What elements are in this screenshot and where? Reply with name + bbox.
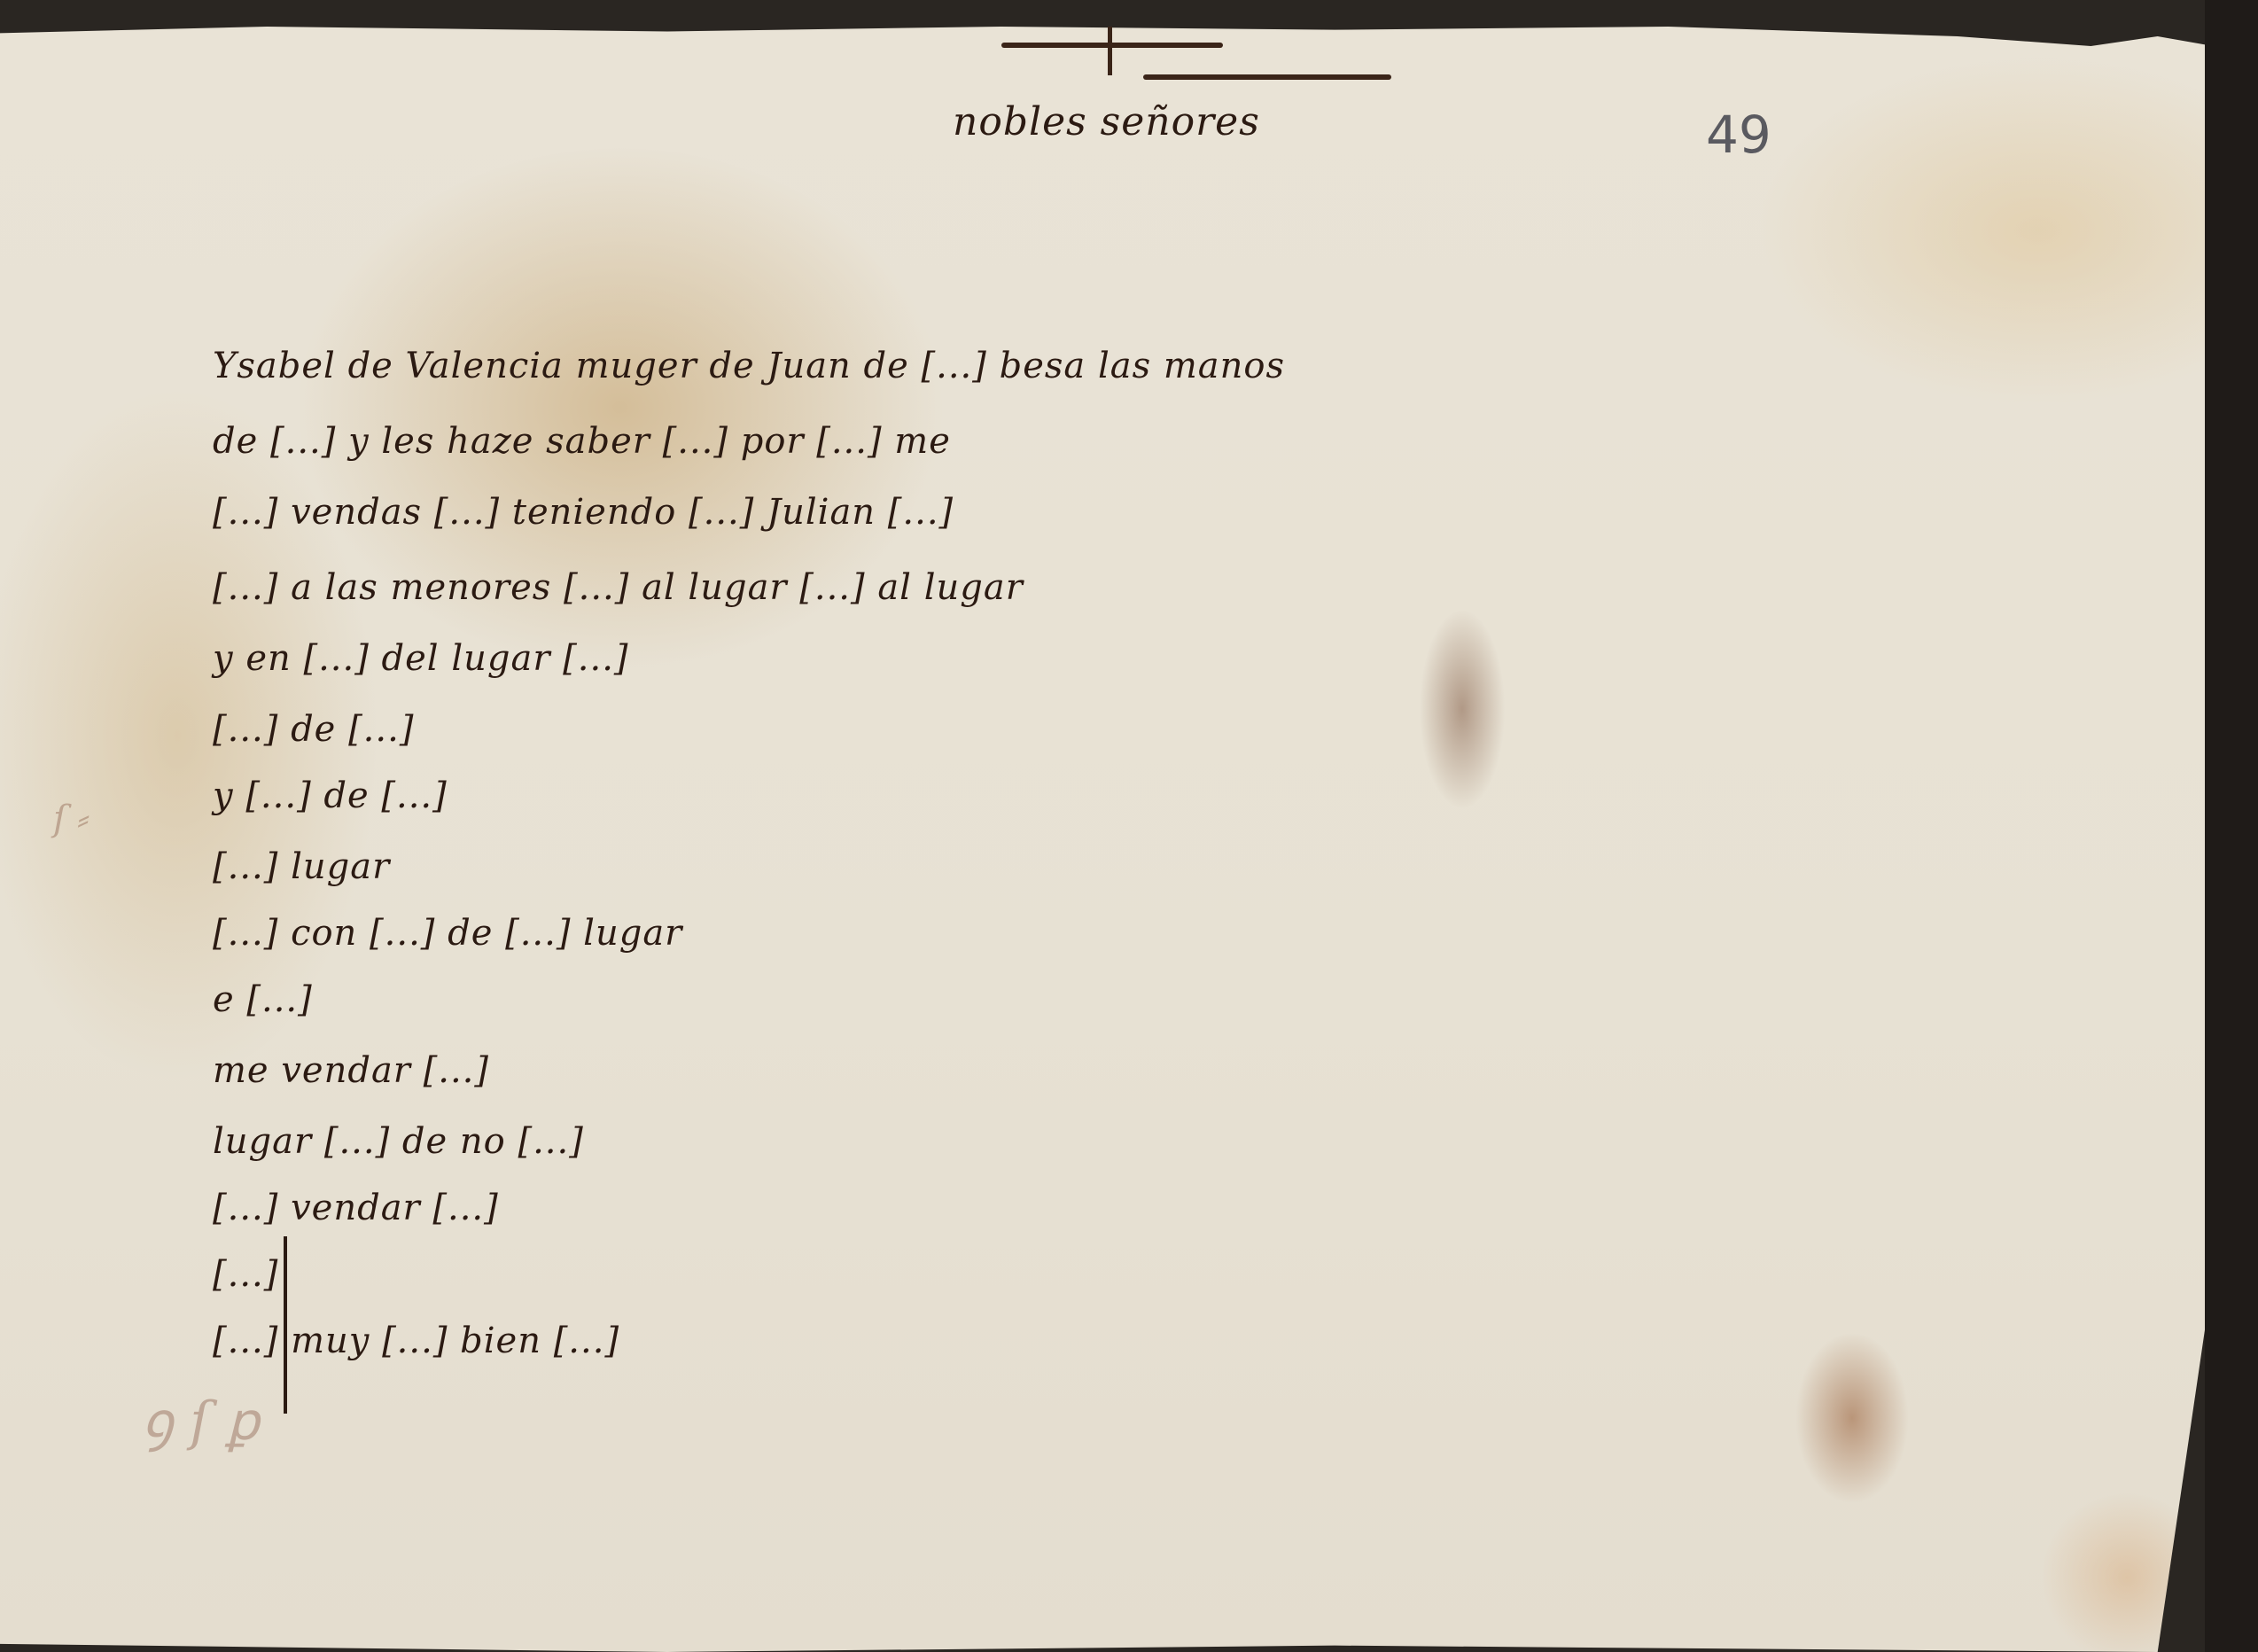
text-line-8: [...] lugar [213, 846, 390, 887]
folio-number: 49 [1706, 105, 1771, 165]
text-line-14: [...] [213, 1254, 278, 1295]
text-line-11: me vendar [...] [213, 1050, 489, 1091]
text-line-4: [...] a las menores [...] al lugar [...]… [213, 567, 1024, 608]
text-line-12: lugar [...] de no [...] [213, 1121, 584, 1162]
margin-bracket-stroke [284, 1236, 287, 1414]
invocation-cross-vertical [1108, 27, 1112, 75]
letter-header: nobles señores [953, 99, 1260, 144]
bleed-through-script: ꝯ ſ ꝑ [142, 1383, 259, 1455]
text-line-13: [...] vendar [...] [213, 1188, 499, 1228]
invocation-cross-horizontal [1001, 43, 1223, 48]
text-line-10: e [...] [213, 979, 313, 1020]
scan-background-edge [2205, 0, 2258, 1652]
text-line-6: [...] de [...] [213, 709, 414, 750]
text-line-15: [...] muy [...] bien [...] [213, 1321, 619, 1361]
bleed-through-margin: ſ ⸗ [53, 798, 90, 839]
header-abbreviation-stroke [1143, 74, 1391, 80]
manuscript-page [0, 27, 2224, 1652]
text-line-7: y [...] de [...] [213, 775, 448, 816]
text-line-3: [...] vendas [...] teniendo [...] Julian… [213, 492, 954, 533]
text-line-2: de [...] y les haze saber [...] por [...… [213, 421, 951, 462]
text-line-9: [...] con [...] de [...] lugar [213, 913, 682, 954]
text-line-5: y en [...] del lugar [...] [213, 638, 629, 679]
text-line-1: Ysabel de Valencia muger de Juan de [...… [213, 346, 1285, 386]
